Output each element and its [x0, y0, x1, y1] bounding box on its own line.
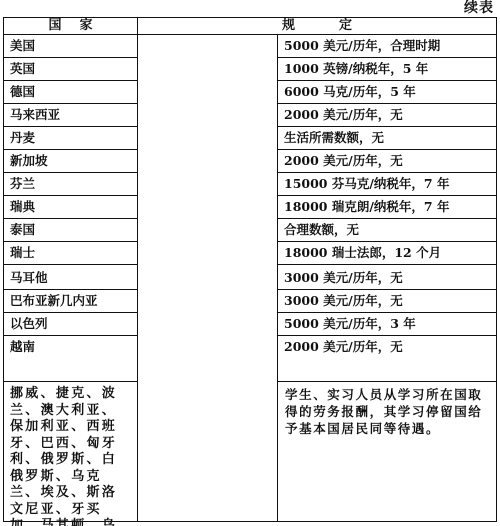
rule-cell: 2000 美元/历年，无 [278, 104, 496, 127]
rule-cell: 合理数额，无 [278, 219, 496, 242]
country-cell: 德国 [4, 81, 137, 104]
country-cell: 新加坡 [4, 150, 137, 173]
country-cell: 泰国 [4, 219, 137, 242]
rule-cell: 2000 美元/历年，无 [278, 336, 496, 382]
country-cell: 芬兰 [4, 173, 137, 196]
country-cell: 越南 [4, 336, 137, 382]
country-cell: 英国 [4, 58, 137, 81]
country-column: 美国 英国 德国 马来西亚 丹麦 新加坡 芬兰 瑞典 泰国 瑞士 马耳他 巴布亚… [4, 35, 138, 521]
country-cell-multi: 挪威、捷克、波兰、澳大利亚、保加利亚、西班牙、巴西、匈牙利、俄罗斯、白俄罗斯、乌… [4, 382, 137, 521]
country-cell: 美国 [4, 35, 137, 58]
rule-cell: 6000 马克/历年，5 年 [278, 81, 496, 104]
country-cell: 以色列 [4, 313, 137, 336]
country-cell: 丹麦 [4, 127, 137, 150]
country-cell: 巴布亚新几内亚 [4, 290, 137, 313]
country-cell: 马耳他 [4, 267, 137, 290]
country-cell: 瑞典 [4, 196, 137, 219]
rule-cell: 3000 美元/历年，无 [278, 290, 496, 313]
rule-cell: 生活所需数额，无 [278, 127, 496, 150]
rule-cell: 5000 美元/历年，合理时期 [278, 35, 496, 58]
rule-cell: 3000 美元/历年，无 [278, 267, 496, 290]
rule-cell: 18000 瑞克朗/纳税年，7 年 [278, 196, 496, 219]
rule-cell-multi: 学生、实习人员从学习所在国取得的劳务报酬，其学习停留国给予基本国居民同等待遇。 [278, 382, 496, 521]
rule-cell: 2000 美元/历年，无 [278, 150, 496, 173]
rule-cell: 1000 英镑/纳税年，5 年 [278, 58, 496, 81]
rule-cell: 15000 芬马克/纳税年，7 年 [278, 173, 496, 196]
rule-cell: 5000 美元/历年，3 年 [278, 313, 496, 336]
table-header-row: 国家 规定 [4, 18, 496, 35]
rule-cell: 18000 瑞士法郎，12 个月 [278, 242, 496, 265]
regulations-table: 国家 规定 美国 英国 德国 马来西亚 丹麦 新加坡 芬兰 瑞典 泰国 瑞士 马… [3, 17, 497, 522]
header-country: 国家 [4, 18, 138, 34]
rule-column: 5000 美元/历年，合理时期 1000 英镑/纳税年，5 年 6000 马克/… [277, 35, 496, 521]
country-cell: 瑞士 [4, 242, 137, 265]
country-cell: 马来西亚 [4, 104, 137, 127]
continued-table-caption: 续表 [464, 0, 494, 16]
header-rule: 规定 [138, 18, 496, 34]
